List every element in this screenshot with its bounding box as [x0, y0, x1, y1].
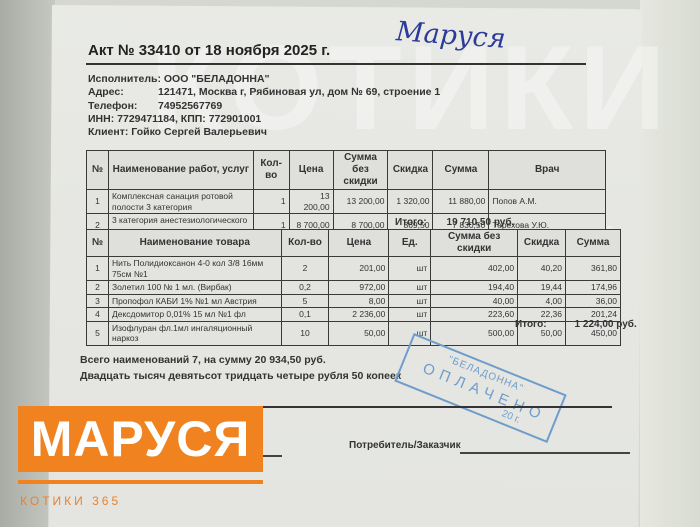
info-row-contractor: Исполнитель: ООО "БЕЛАДОННА"	[88, 72, 440, 86]
section-divider	[262, 406, 612, 408]
client-name: Клиент: Гойко Сергей Валерьевич	[88, 126, 267, 138]
cell-quantity: 10	[281, 321, 329, 345]
title-divider	[86, 63, 586, 65]
cell-discount: 1 320,00	[388, 190, 433, 214]
grand-total-summary: Всего наименований 7, на сумму 20 934,50…	[80, 352, 401, 384]
signature-line-left	[262, 455, 282, 457]
cell-product-name: Изофлуран фл.1мл ингаляционный наркоз	[108, 321, 281, 345]
brand-name: МАРУСЯ	[31, 410, 251, 468]
cell-sum-before-discount: 500,00	[431, 321, 518, 345]
info-label: Исполнитель:	[88, 73, 161, 85]
table-row: 1 Комплексная санация ротовой полости 3 …	[87, 190, 606, 214]
customer-signature-line	[460, 452, 630, 454]
cell-quantity: 0,1	[281, 308, 329, 322]
column-header: Сумма без скидки	[333, 151, 388, 190]
cell-number: 5	[87, 321, 109, 345]
info-value: 74952567769	[158, 100, 222, 112]
cell-product-name: Нить Полидиоксанон 4-0 кол 3/8 16мм 75см…	[108, 257, 281, 281]
column-header: Скидка	[518, 230, 566, 257]
grand-total-words: Двадцать тысяч девятьсот тридцать четыре…	[80, 368, 401, 384]
goods-total: Итого:1 224,00 руб.	[515, 319, 637, 330]
column-header: №	[87, 151, 109, 190]
cell-number: 3	[87, 294, 109, 308]
document-title: Акт № 33410 от 18 ноября 2025 г.	[88, 42, 330, 59]
cell-sum-before-discount: 13 200,00	[333, 190, 388, 214]
cell-discount: 4,00	[518, 294, 566, 308]
brand-underline	[18, 480, 263, 484]
column-header: Сумма	[566, 230, 621, 257]
cell-discount: 40,20	[518, 257, 566, 281]
column-header: Сумма без скидки	[431, 230, 518, 257]
cell-unit: шт	[389, 281, 431, 295]
cell-sum: 174,96	[566, 281, 621, 295]
column-header: Ед.	[389, 230, 431, 257]
cell-product-name: Пропофол КАБИ 1% №1 мл Австрия	[108, 294, 281, 308]
cell-sum-before-discount: 40,00	[431, 294, 518, 308]
cell-sum-before-discount: 402,00	[431, 257, 518, 281]
cell-sum: 36,00	[566, 294, 621, 308]
cell-service-name: Комплексная санация ротовой полости 3 ка…	[108, 190, 253, 214]
brand-banner: МАРУСЯ	[18, 406, 263, 472]
column-header: Врач	[489, 151, 606, 190]
cell-discount: 19,44	[518, 281, 566, 295]
cell-sum-before-discount: 194,40	[431, 281, 518, 295]
cell-price: 201,00	[329, 257, 389, 281]
column-header: Сумма	[433, 151, 489, 190]
total-label: Итого:	[395, 217, 427, 228]
cell-unit: шт	[389, 257, 431, 281]
contractor-info: Исполнитель: ООО "БЕЛАДОННА" Адрес:12147…	[88, 72, 440, 126]
column-header: №	[87, 230, 109, 257]
cell-price: 50,00	[329, 321, 389, 345]
cell-unit: шт	[389, 308, 431, 322]
cell-doctor: Попов А.М.	[489, 190, 606, 214]
column-header: Скидка	[388, 151, 433, 190]
table-row: 1 Нить Полидиоксанон 4-0 кол 3/8 16мм 75…	[87, 257, 621, 281]
info-row-address: Адрес:121471, Москва г, Рябиновая ул, до…	[88, 86, 440, 100]
cell-price: 13 200,00	[289, 190, 333, 214]
cell-product-name: Дексдомитор 0,01% 15 мл №1 фл	[108, 308, 281, 322]
column-header: Цена	[289, 151, 333, 190]
info-value: 121471, Москва г, Рябиновая ул, дом № 69…	[158, 86, 440, 98]
info-label: Телефон:	[88, 100, 158, 112]
total-value: 19 710,50 руб.	[447, 217, 515, 228]
info-row-phone: Телефон:74952567769	[88, 99, 440, 113]
info-row-inn: ИНН: 7729471184, КПП: 772901001	[88, 113, 440, 127]
total-value: 1 224,00 руб.	[575, 319, 637, 330]
info-value: 7729471184, КПП: 772901001	[117, 113, 261, 125]
cell-number: 4	[87, 308, 109, 322]
cell-quantity: 0,2	[281, 281, 329, 295]
services-table: № Наименование работ, услуг Кол-во Цена …	[86, 150, 606, 238]
cell-number: 2	[87, 281, 109, 295]
grand-total-line: Всего наименований 7, на сумму 20 934,50…	[80, 352, 401, 368]
info-label: Адрес:	[88, 86, 158, 98]
cell-price: 8,00	[329, 294, 389, 308]
cell-number: 1	[87, 190, 109, 214]
column-header: Кол-во	[281, 230, 329, 257]
cell-product-name: Золетил 100 № 1 мл. (Вирбак)	[108, 281, 281, 295]
cell-unit: шт	[389, 294, 431, 308]
column-header: Цена	[329, 230, 389, 257]
total-label: Итого:	[515, 319, 547, 330]
info-label: ИНН:	[88, 113, 114, 125]
cell-quantity: 2	[281, 257, 329, 281]
table-header-row: № Наименование товара Кол-во Цена Ед. Су…	[87, 230, 621, 257]
cell-sum-before-discount: 223,60	[431, 308, 518, 322]
column-header: Наименование товара	[108, 230, 281, 257]
column-header: Наименование работ, услуг	[108, 151, 253, 190]
table-row: 3 Пропофол КАБИ 1% №1 мл Австрия 5 8,00 …	[87, 294, 621, 308]
cell-sum: 11 880,00	[433, 190, 489, 214]
cell-price: 2 236,00	[329, 308, 389, 322]
cell-quantity: 1	[253, 190, 289, 214]
brand-subtitle: КОТИКИ 365	[20, 494, 121, 508]
services-total: Итого:19 710,50 руб.	[395, 217, 514, 228]
info-value: ООО "БЕЛАДОННА"	[164, 73, 270, 85]
cell-price: 972,00	[329, 281, 389, 295]
cell-quantity: 5	[281, 294, 329, 308]
column-header: Кол-во	[253, 151, 289, 190]
table-row: 2 Золетил 100 № 1 мл. (Вирбак) 0,2 972,0…	[87, 281, 621, 295]
cell-sum: 361,80	[566, 257, 621, 281]
customer-signature-label: Потребитель/Заказчик	[349, 440, 461, 451]
table-header-row: № Наименование работ, услуг Кол-во Цена …	[87, 151, 606, 190]
cell-number: 1	[87, 257, 109, 281]
